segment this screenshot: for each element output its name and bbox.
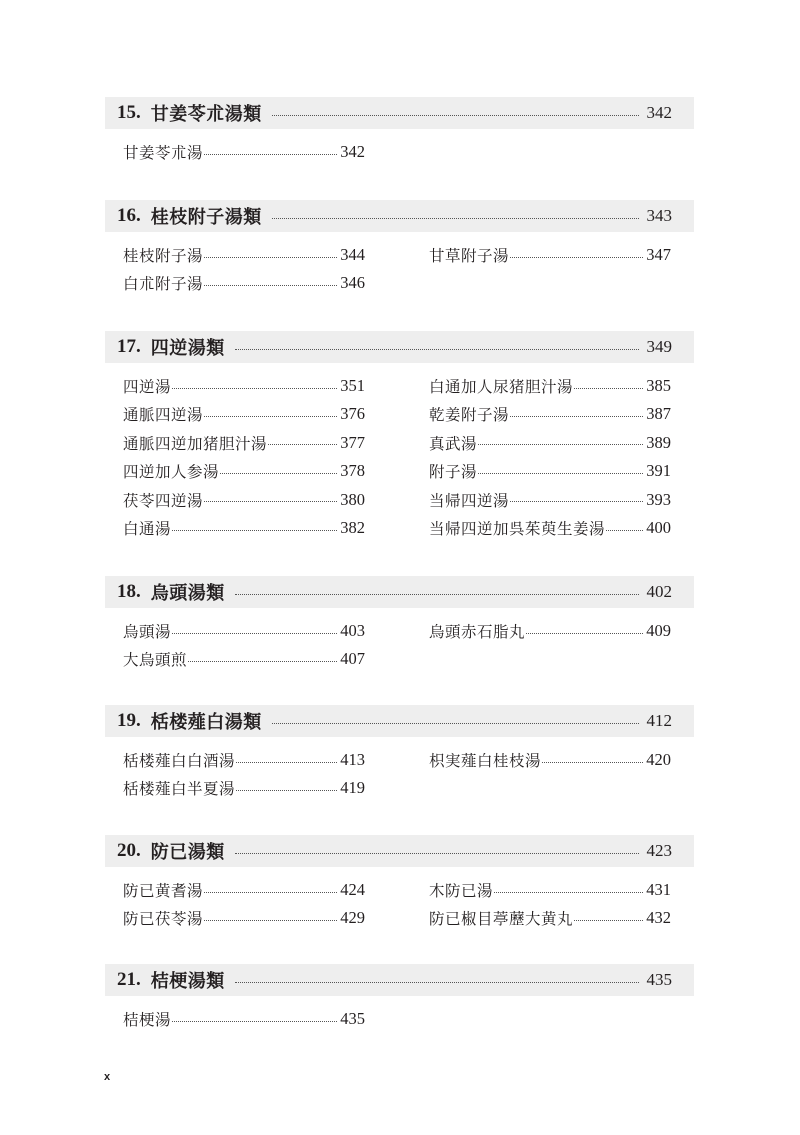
dot-leader (574, 920, 643, 921)
entry-title: 四逆湯 (123, 375, 171, 397)
entry-page-number: 429 (340, 908, 365, 928)
entry-page-number: 351 (340, 376, 365, 396)
toc-entry[interactable]: 栝楼薤白白酒湯413 (123, 749, 365, 771)
dot-leader (494, 892, 643, 893)
dot-leader (204, 154, 337, 155)
section-entries: 桔梗湯435 (105, 1008, 694, 1036)
toc-entry[interactable]: 大烏頭煎407 (123, 648, 365, 670)
entry-title: 木防已湯 (429, 879, 493, 901)
entry-title: 防已茯苓湯 (123, 907, 203, 929)
section-header[interactable]: 20.防已湯類423 (105, 835, 694, 867)
toc-section: 17.四逆湯類349四逆湯351通脈四逆湯376通脈四逆加猪胆汁湯377四逆加人… (105, 331, 694, 545)
entry-title: 栝楼薤白白酒湯 (123, 749, 235, 771)
entry-page-number: 435 (340, 1009, 365, 1029)
dot-leader (172, 530, 337, 531)
toc-entry[interactable]: 枳実薤白桂枝湯420 (429, 749, 671, 771)
dot-leader (574, 388, 643, 389)
toc-entry[interactable]: 防已黄耆湯424 (123, 879, 365, 901)
entry-title: 桔梗湯 (123, 1008, 171, 1030)
section-header[interactable]: 18.烏頭湯類402 (105, 576, 694, 608)
toc-section: 15.甘姜苓朮湯類342甘姜苓朮湯342 (105, 97, 694, 169)
entry-title: 附子湯 (429, 460, 477, 482)
entry-title: 通脈四逆加猪胆汁湯 (123, 432, 267, 454)
dot-leader (188, 661, 337, 662)
section-number: 20. (117, 840, 141, 862)
entry-title: 枳実薤白桂枝湯 (429, 749, 541, 771)
toc-entry[interactable]: 四逆加人参湯378 (123, 460, 365, 482)
entry-page-number: 403 (340, 621, 365, 641)
entry-page-number: 380 (340, 490, 365, 510)
toc-entry[interactable]: 通脈四逆湯376 (123, 403, 365, 425)
entry-page-number: 382 (340, 518, 365, 538)
dot-leader (235, 982, 639, 983)
entry-page-number: 377 (340, 433, 365, 453)
entry-page-number: 419 (340, 778, 365, 798)
page-number: x (104, 1071, 110, 1083)
entry-page-number: 378 (340, 461, 365, 481)
entry-title: 通脈四逆湯 (123, 403, 203, 425)
dot-leader (172, 1021, 337, 1022)
toc-entry[interactable]: 当帰四逆加呉茱萸生姜湯400 (429, 517, 671, 539)
section-title: 桔梗湯類 (151, 967, 225, 993)
dot-leader (510, 501, 643, 502)
entry-title: 防已椒目葶藶大黄丸 (429, 907, 573, 929)
entry-title: 白通加人尿猪胆汁湯 (429, 375, 573, 397)
entry-page-number: 387 (646, 404, 671, 424)
entry-page-number: 393 (646, 490, 671, 510)
entry-title: 白朮附子湯 (123, 272, 203, 294)
section-page-number: 349 (647, 337, 673, 357)
entry-title: 桂枝附子湯 (123, 244, 203, 266)
entry-title: 防已黄耆湯 (123, 879, 203, 901)
section-number: 21. (117, 969, 141, 991)
section-entries: 烏頭湯403大烏頭煎407烏頭赤石脂丸409 (105, 620, 694, 677)
toc-page: 15.甘姜苓朮湯類342甘姜苓朮湯34216.桂枝附子湯類343桂枝附子湯344… (0, 0, 800, 1135)
dot-leader (606, 530, 643, 531)
dot-leader (204, 416, 337, 417)
dot-leader (510, 416, 643, 417)
section-title: 栝楼薤白湯類 (151, 708, 262, 734)
entry-page-number: 409 (646, 621, 671, 641)
section-header[interactable]: 21.桔梗湯類435 (105, 964, 694, 996)
section-title: 防已湯類 (151, 838, 225, 864)
entry-title: 甘姜苓朮湯 (123, 141, 203, 163)
section-page-number: 343 (647, 206, 673, 226)
dot-leader (478, 444, 643, 445)
section-number: 15. (117, 102, 141, 124)
entry-page-number: 424 (340, 880, 365, 900)
entry-page-number: 342 (340, 142, 365, 162)
entry-page-number: 413 (340, 750, 365, 770)
section-number: 18. (117, 581, 141, 603)
dot-leader (204, 920, 337, 921)
entry-title: 茯苓四逆湯 (123, 489, 203, 511)
toc-entry[interactable]: 茯苓四逆湯380 (123, 489, 365, 511)
toc-section: 20.防已湯類423防已黄耆湯424防已茯苓湯429木防已湯431防已椒目葶藶大… (105, 835, 694, 936)
toc-entry[interactable]: 附子湯391 (429, 460, 671, 482)
dot-leader (235, 594, 639, 595)
dot-leader (204, 892, 337, 893)
dot-leader (235, 349, 639, 350)
toc-entry[interactable]: 四逆湯351 (123, 375, 365, 397)
section-number: 19. (117, 710, 141, 732)
entry-page-number: 347 (646, 245, 671, 265)
dot-leader (526, 633, 643, 634)
section-entries: 栝楼薤白白酒湯413栝楼薤白半夏湯419枳実薤白桂枝湯420 (105, 749, 694, 806)
entry-title: 当帰四逆加呉茱萸生姜湯 (429, 517, 605, 539)
section-number: 16. (117, 205, 141, 227)
entry-title: 烏頭湯 (123, 620, 171, 642)
entry-title: 真武湯 (429, 432, 477, 454)
entry-page-number: 431 (646, 880, 671, 900)
dot-leader (272, 218, 639, 219)
toc-entry[interactable]: 防已茯苓湯429 (123, 907, 365, 929)
toc-entry[interactable]: 烏頭湯403 (123, 620, 365, 642)
dot-leader (235, 853, 639, 854)
toc-section: 18.烏頭湯類402烏頭湯403大烏頭煎407烏頭赤石脂丸409 (105, 576, 694, 677)
toc-entry[interactable]: 桂枝附子湯344 (123, 244, 365, 266)
entry-page-number: 391 (646, 461, 671, 481)
section-entries: 甘姜苓朮湯342 (105, 141, 694, 169)
dot-leader (542, 762, 643, 763)
toc-entry[interactable]: 乾姜附子湯387 (429, 403, 671, 425)
entry-page-number: 407 (340, 649, 365, 669)
section-page-number: 342 (647, 103, 673, 123)
entry-title: 烏頭赤石脂丸 (429, 620, 525, 642)
entry-page-number: 385 (646, 376, 671, 396)
section-header[interactable]: 16.桂枝附子湯類343 (105, 200, 694, 232)
section-header[interactable]: 17.四逆湯類349 (105, 331, 694, 363)
entry-title: 四逆加人参湯 (123, 460, 219, 482)
toc-entry[interactable]: 防已椒目葶藶大黄丸432 (429, 907, 671, 929)
entry-page-number: 389 (646, 433, 671, 453)
toc-entry[interactable]: 桔梗湯435 (123, 1008, 365, 1030)
entry-title: 当帰四逆湯 (429, 489, 509, 511)
entry-page-number: 344 (340, 245, 365, 265)
section-page-number: 423 (647, 841, 673, 861)
dot-leader (478, 473, 643, 474)
toc-entry[interactable]: 甘姜苓朮湯342 (123, 141, 365, 163)
entry-page-number: 400 (646, 518, 671, 538)
section-number: 17. (117, 336, 141, 358)
toc-entry[interactable]: 木防已湯431 (429, 879, 671, 901)
section-header[interactable]: 15.甘姜苓朮湯類342 (105, 97, 694, 129)
toc-entry[interactable]: 当帰四逆湯393 (429, 489, 671, 511)
dot-leader (272, 723, 639, 724)
toc-entry[interactable]: 白通加人尿猪胆汁湯385 (429, 375, 671, 397)
toc-entry[interactable]: 白朮附子湯346 (123, 272, 365, 294)
dot-leader (268, 444, 337, 445)
dot-leader (204, 257, 337, 258)
entry-title: 白通湯 (123, 517, 171, 539)
section-page-number: 412 (647, 711, 673, 731)
toc-section: 21.桔梗湯類435桔梗湯435 (105, 964, 694, 1036)
toc-entry[interactable]: 烏頭赤石脂丸409 (429, 620, 671, 642)
section-title: 桂枝附子湯類 (151, 203, 262, 229)
toc-section: 19.栝楼薤白湯類412栝楼薤白白酒湯413栝楼薤白半夏湯419枳実薤白桂枝湯4… (105, 705, 694, 806)
entry-page-number: 432 (646, 908, 671, 928)
section-title: 烏頭湯類 (151, 579, 225, 605)
toc-entry[interactable]: 甘草附子湯347 (429, 244, 671, 266)
dot-leader (272, 115, 639, 116)
entry-title: 甘草附子湯 (429, 244, 509, 266)
dot-leader (510, 257, 643, 258)
toc-entry[interactable]: 栝楼薤白半夏湯419 (123, 777, 365, 799)
section-entries: 桂枝附子湯344白朮附子湯346甘草附子湯347 (105, 244, 694, 301)
dot-leader (204, 501, 337, 502)
section-header[interactable]: 19.栝楼薤白湯類412 (105, 705, 694, 737)
section-page-number: 435 (647, 970, 673, 990)
toc-entry[interactable]: 通脈四逆加猪胆汁湯377 (123, 432, 365, 454)
dot-leader (172, 388, 337, 389)
dot-leader (220, 473, 337, 474)
entry-title: 乾姜附子湯 (429, 403, 509, 425)
entry-page-number: 420 (646, 750, 671, 770)
toc-section: 16.桂枝附子湯類343桂枝附子湯344白朮附子湯346甘草附子湯347 (105, 200, 694, 301)
dot-leader (204, 285, 337, 286)
section-title: 四逆湯類 (151, 334, 225, 360)
toc-entry[interactable]: 白通湯382 (123, 517, 365, 539)
section-page-number: 402 (647, 582, 673, 602)
entry-page-number: 376 (340, 404, 365, 424)
dot-leader (236, 790, 337, 791)
section-title: 甘姜苓朮湯類 (151, 100, 262, 126)
entry-title: 大烏頭煎 (123, 648, 187, 670)
entry-page-number: 346 (340, 273, 365, 293)
entry-title: 栝楼薤白半夏湯 (123, 777, 235, 799)
section-entries: 四逆湯351通脈四逆湯376通脈四逆加猪胆汁湯377四逆加人参湯378茯苓四逆湯… (105, 375, 694, 545)
toc-entry[interactable]: 真武湯389 (429, 432, 671, 454)
dot-leader (172, 633, 337, 634)
dot-leader (236, 762, 337, 763)
section-entries: 防已黄耆湯424防已茯苓湯429木防已湯431防已椒目葶藶大黄丸432 (105, 879, 694, 936)
